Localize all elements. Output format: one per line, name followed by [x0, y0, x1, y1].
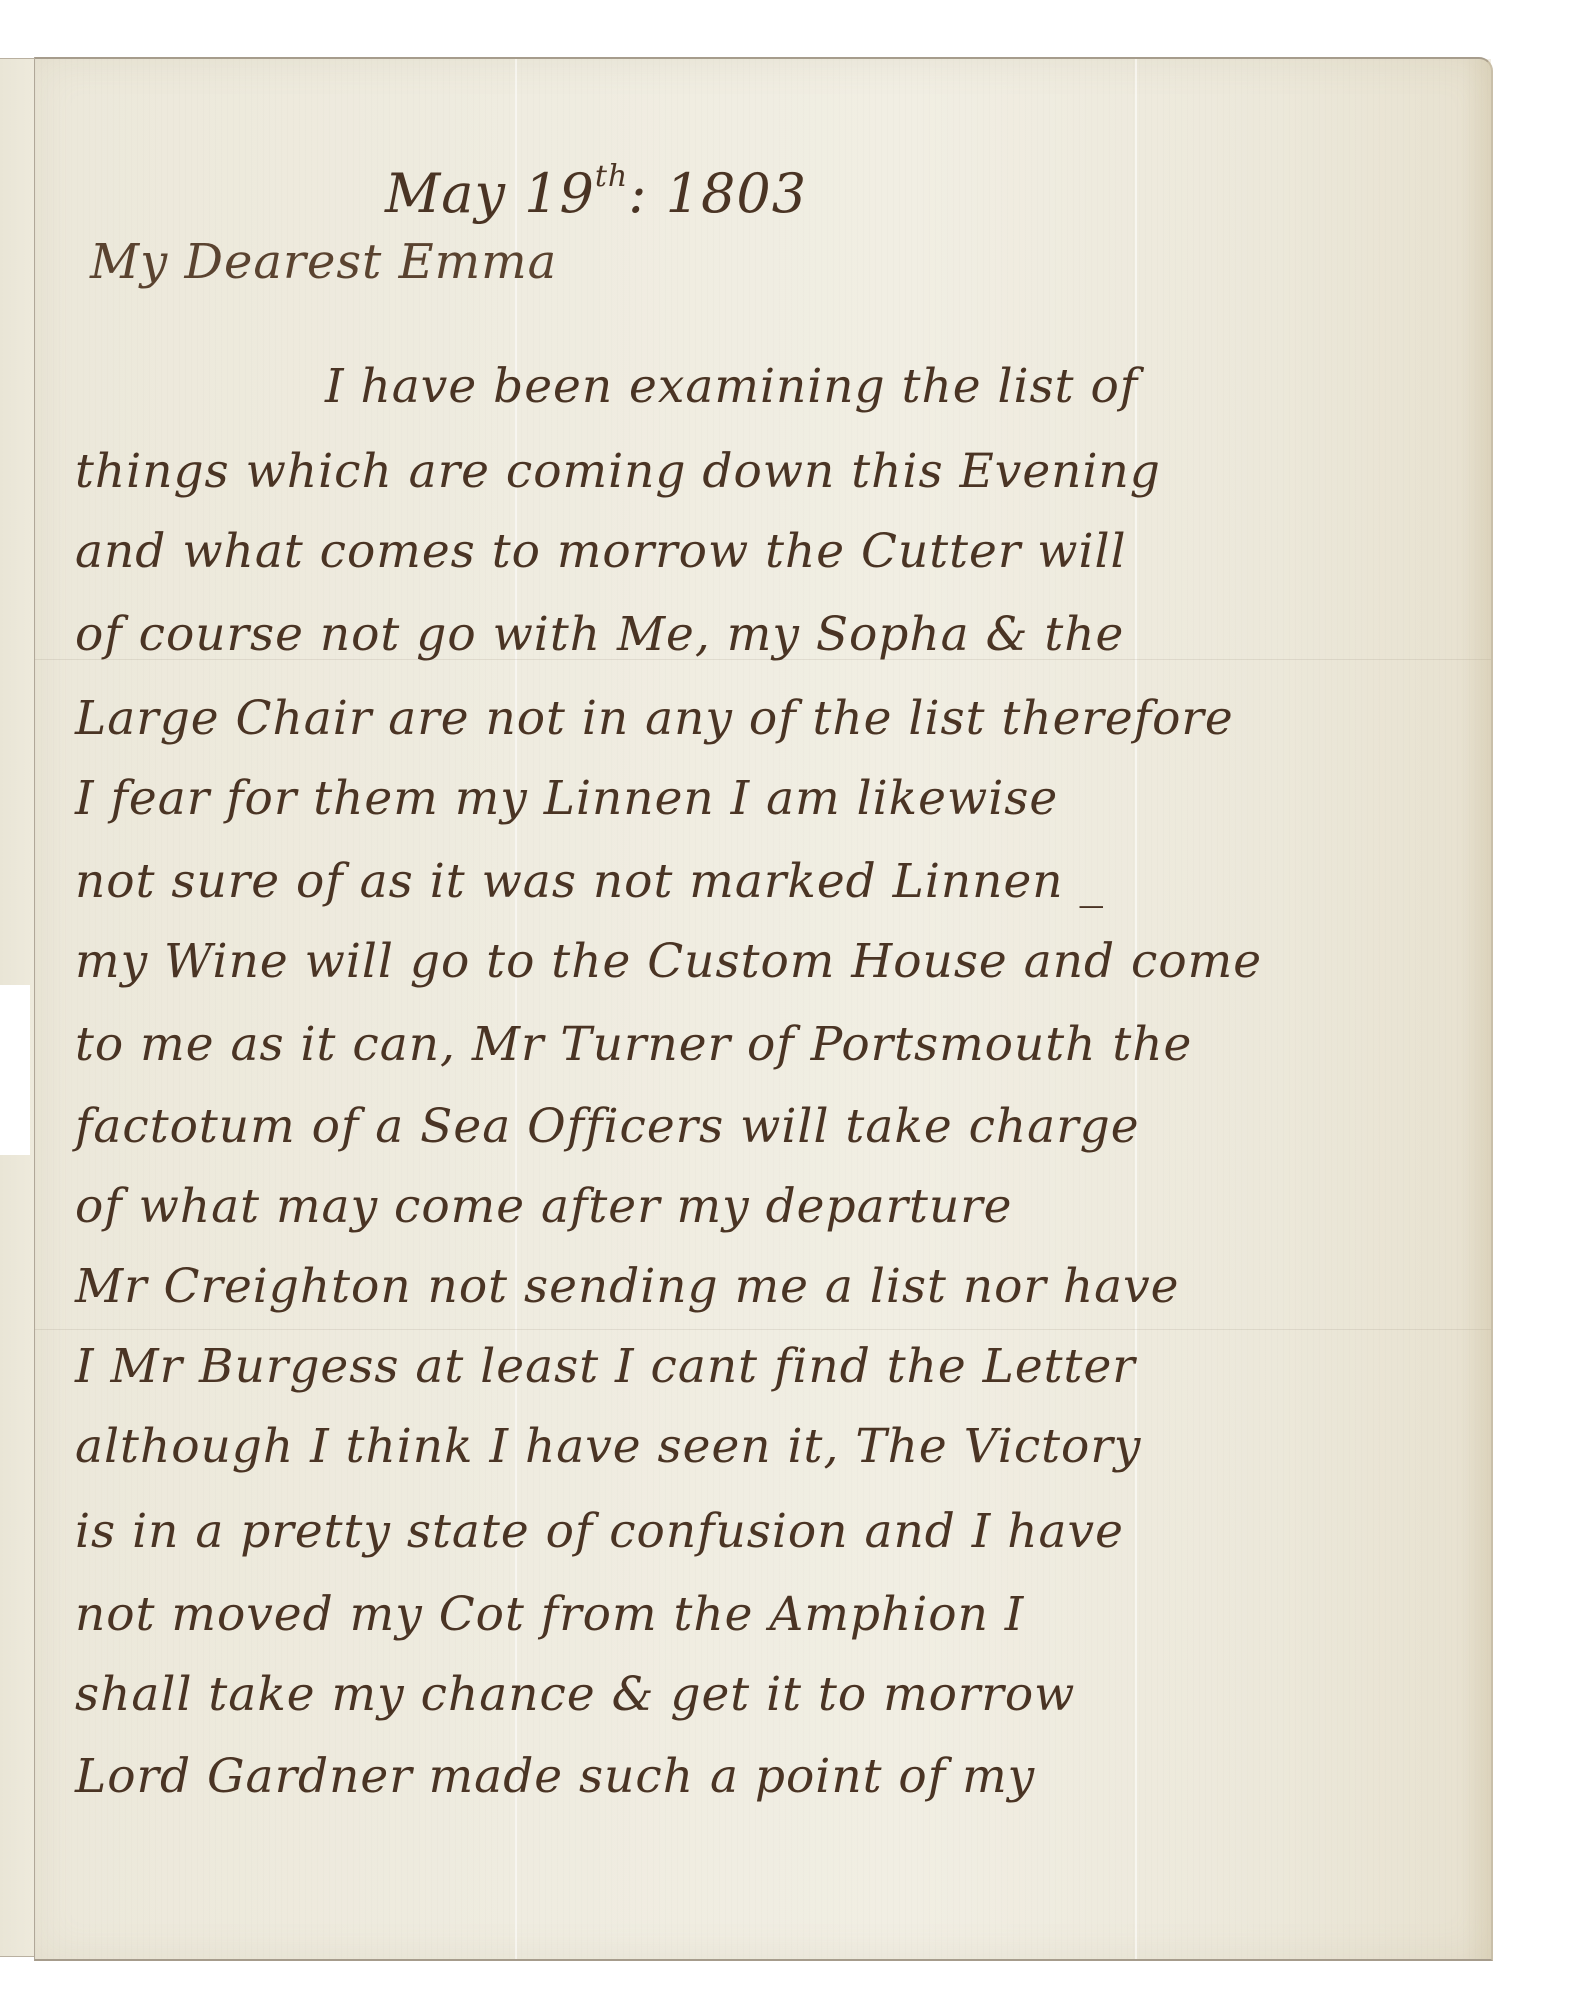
letter-line: shall take my chance & get it to morrow — [75, 1667, 1075, 1722]
letter-line: and what comes to morrow the Cutter will — [75, 524, 1127, 579]
letter-line: is in a pretty state of confusion and I … — [75, 1504, 1124, 1559]
letter-line: things which are coming down this Evenin… — [75, 444, 1161, 499]
date-year: 1803 — [666, 162, 807, 225]
torn-notch — [0, 985, 30, 1155]
letter-line: I have been examining the list of — [325, 359, 1138, 414]
letter-line: Large Chair are not in any of the list t… — [75, 691, 1234, 746]
letter-line: I Mr Burgess at least I cant find the Le… — [75, 1339, 1136, 1394]
letter-line: of what may come after my departure — [75, 1179, 1013, 1234]
page-edge — [1463, 59, 1491, 1959]
letter-line: not moved my Cot from the Amphion I — [75, 1587, 1024, 1642]
date-suffix: th — [595, 159, 628, 194]
letter-photo: May 19th: 1803 My Dearest Emma I have be… — [0, 0, 1573, 2000]
letter-line: although I think I have seen it, The Vic… — [75, 1419, 1141, 1474]
letter-line: to me as it can, Mr Turner of Portsmouth… — [75, 1017, 1192, 1072]
date-month-day: May 19 — [385, 162, 595, 225]
letter-line: of course not go with Me, my Sopha & the — [75, 607, 1124, 662]
letter-date: May 19th: 1803 — [385, 159, 807, 225]
letter-line: not sure of as it was not marked Linnen … — [75, 854, 1104, 909]
letter-line: I fear for them my Linnen I am likewise — [75, 771, 1058, 826]
salutation: My Dearest Emma — [90, 234, 557, 290]
letter-line: factotum of a Sea Officers will take cha… — [75, 1099, 1140, 1154]
letter-line: my Wine will go to the Custom House and … — [75, 934, 1262, 989]
letter-line: Lord Gardner made such a point of my — [75, 1749, 1035, 1804]
letter-sheet: May 19th: 1803 My Dearest Emma I have be… — [34, 57, 1493, 1961]
letter-line: Mr Creighton not sending me a list nor h… — [75, 1259, 1180, 1314]
fold-crease-horizontal — [35, 1329, 1491, 1330]
fold-crease-vertical — [1135, 59, 1137, 1959]
